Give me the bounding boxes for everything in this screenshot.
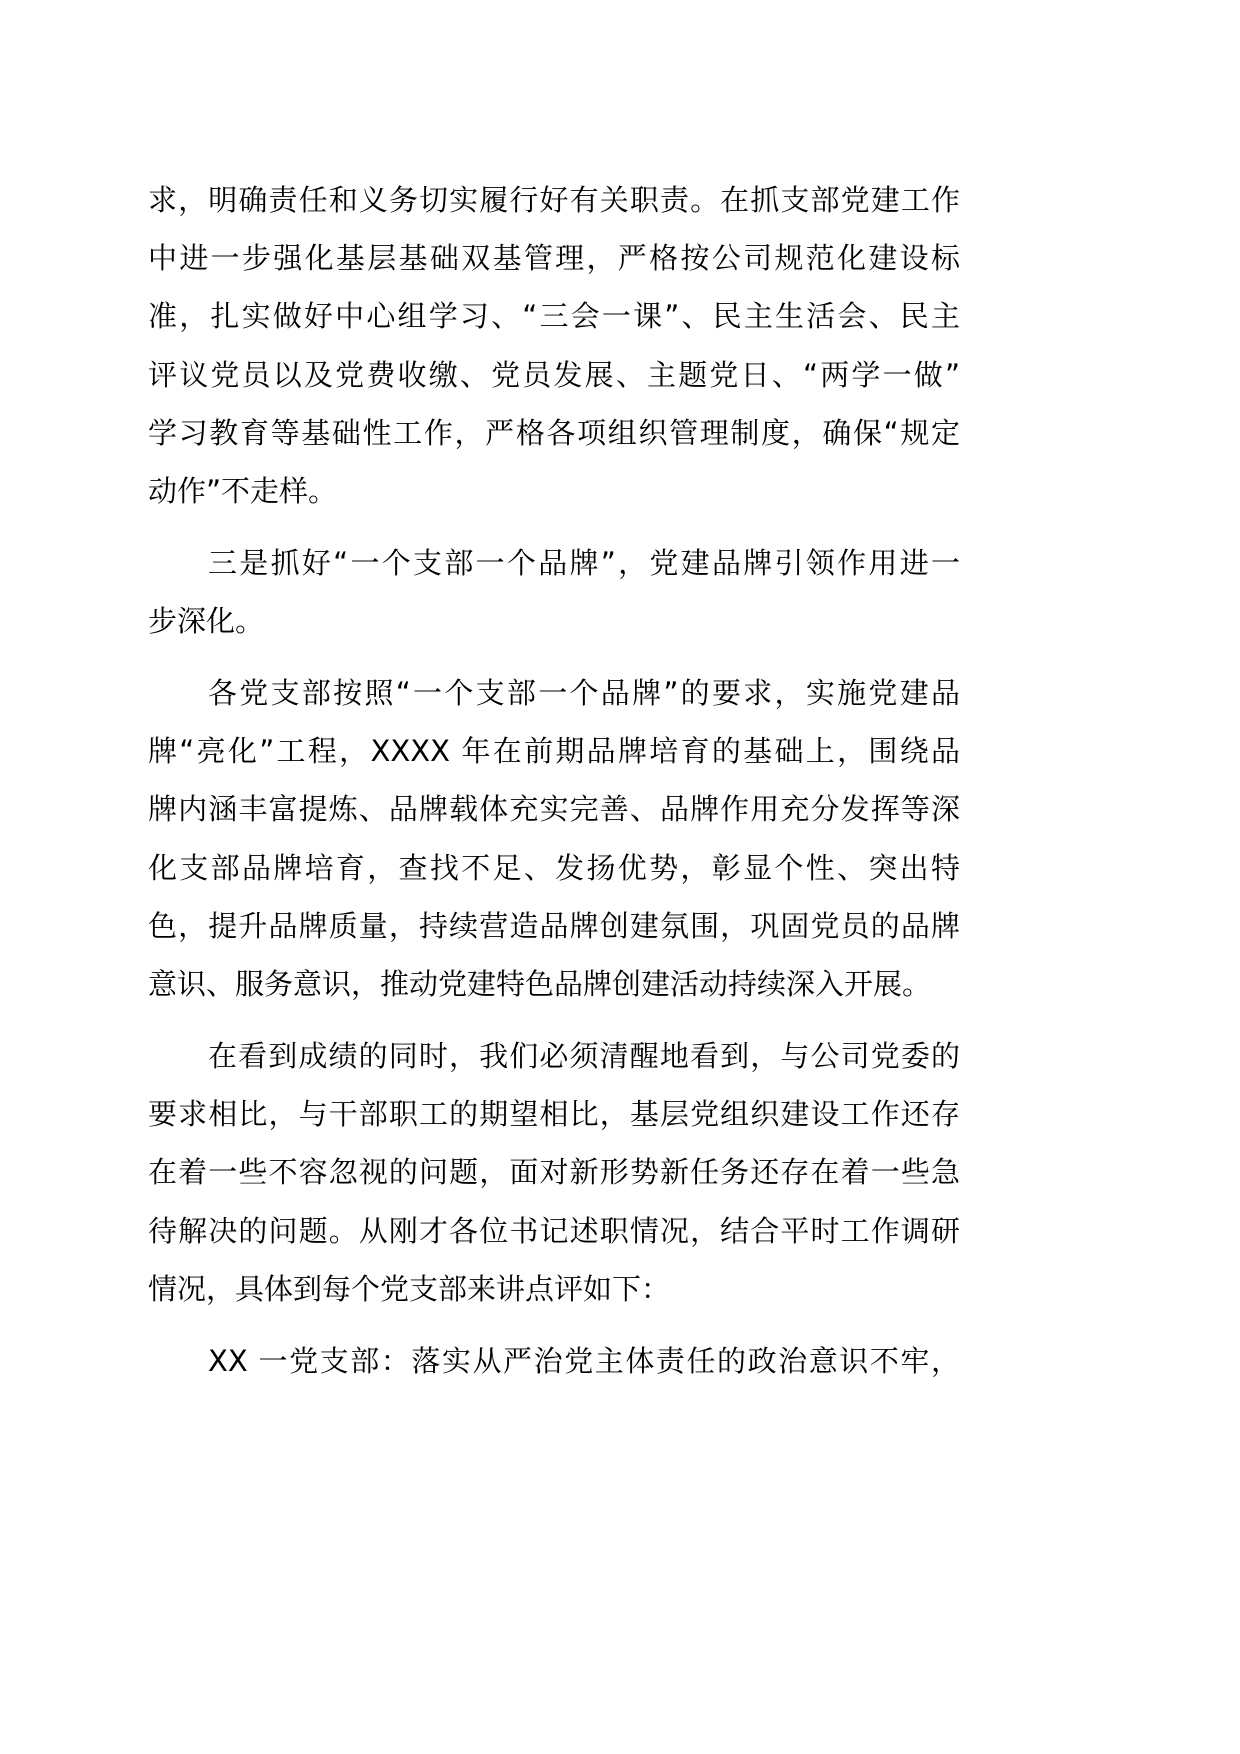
text-line: 学习教育等基础性工作，严格各项组织管理制度，确保“规定 xyxy=(148,413,960,453)
document-page: 求，明确责任和义务切实履行好有关职责。在抓支部党建工作 中进一步强化基层基础双基… xyxy=(0,0,1240,1754)
text-line: 化支部品牌培育，查找不足、发扬优势，彰显个性、突出特 xyxy=(148,848,960,888)
text-line: 在着一些不容忽视的问题，面对新形势新任务还存在着一些急 xyxy=(148,1152,960,1192)
text-line: 要求相比，与干部职工的期望相比，基层党组织建设工作还存 xyxy=(148,1094,960,1134)
text-line: 牌“亮化”工程，XXXX 年在前期品牌培育的基础上，围绕品 xyxy=(148,731,960,771)
text-line: 求，明确责任和义务切实履行好有关职责。在抓支部党建工作 xyxy=(148,180,960,220)
text-line: 色，提升品牌质量，持续营造品牌创建氛围，巩固党员的品牌 xyxy=(148,906,960,946)
text-line: 情况，具体到每个党支部来讲点评如下： xyxy=(148,1269,960,1309)
text-line: 步深化。 xyxy=(148,601,960,641)
text-line: 牌内涵丰富提炼、品牌载体充实完善、品牌作用充分发挥等深 xyxy=(148,789,960,829)
text-line: 意识、服务意识，推动党建特色品牌创建活动持续深入开展。 xyxy=(148,964,960,1004)
text-line: 准，扎实做好中心组学习、“三会一课”、民主生活会、民主 xyxy=(148,296,960,336)
text-line: 三是抓好“一个支部一个品牌”，党建品牌引领作用进一 xyxy=(208,543,960,583)
text-line: 评议党员以及党费收缴、党员发展、主题党日、“两学一做” xyxy=(148,355,960,395)
text-line: 待解决的问题。从刚才各位书记述职情况，结合平时工作调研 xyxy=(148,1211,960,1251)
text-line: XX 一党支部：落实从严治党主体责任的政治意识不牢， xyxy=(208,1341,960,1381)
text-line: 动作”不走样。 xyxy=(148,471,960,511)
text-line: 中进一步强化基层基础双基管理，严格按公司规范化建设标 xyxy=(148,238,960,278)
text-line: 在看到成绩的同时，我们必须清醒地看到，与公司党委的 xyxy=(208,1036,960,1076)
text-line: 各党支部按照“一个支部一个品牌”的要求，实施党建品 xyxy=(208,673,960,713)
